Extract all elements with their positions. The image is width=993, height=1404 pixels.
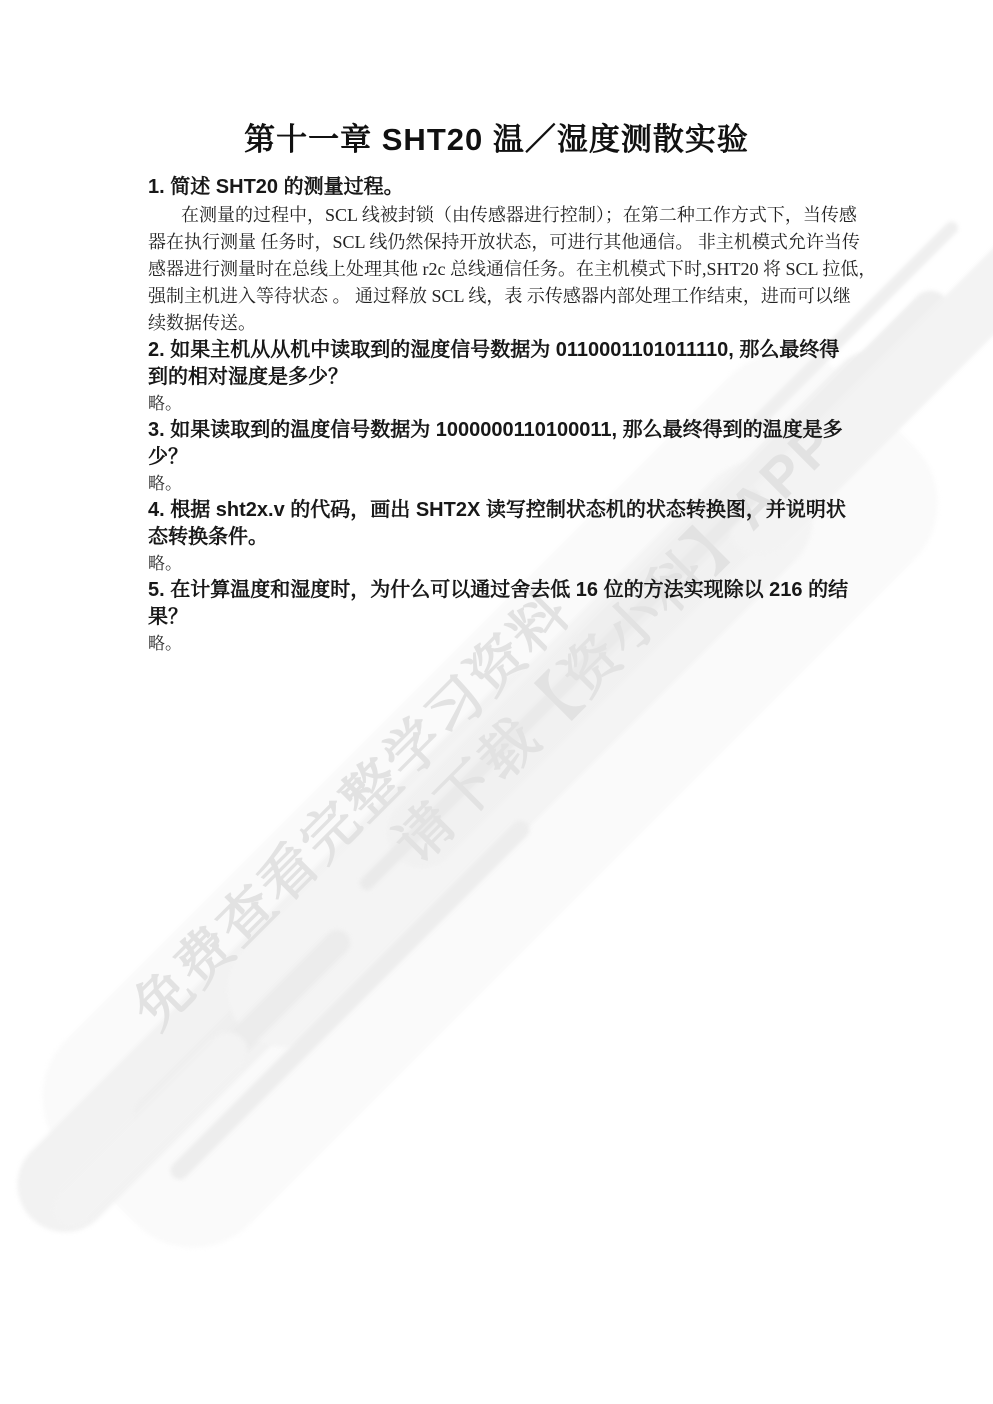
question-3-line: 少？ [148, 444, 845, 471]
question-2-line: 到的相对湿度是多少？ [148, 364, 845, 391]
document-content: 第十一章 SHT20 温／湿度测散实验 1. 简述 SHT20 的测量过程。 在… [148, 120, 845, 657]
question-5: 5. 在计算温度和湿度时，为什么可以通过舍去低 16 位的方法实现除以 216 … [148, 577, 845, 631]
question-2-answer: 略。 [148, 391, 845, 417]
document-page: 免费查看完整学习资料 请下载【资小科】APP 第十一章 SHT20 温／湿度测散… [0, 0, 993, 1404]
question-3-line: 3. 如果读取到的温度信号数据为 1000000110100011, 那么最终得… [148, 417, 845, 444]
question-5-line: 5. 在计算温度和湿度时，为什么可以通过舍去低 16 位的方法实现除以 216 … [148, 577, 845, 604]
paragraph-line: 续数据传送。 [148, 310, 845, 337]
paragraph-line: 在测量的过程中，SCL 线被封锁（由传感器进行控制）；在第二种工作方式下，当传感 [148, 202, 845, 229]
question-5-answer: 略。 [148, 631, 845, 657]
paragraph-line: 感器进行测量时在总线上处理其他 r2c 总线通信任务。在主机模式下时,SHT20… [148, 256, 845, 283]
question-5-line: 果？ [148, 604, 845, 631]
question-4-line: 4. 根据 sht2x.v 的代码，画出 SHT2X 读写控制状态机的状态转换图… [148, 497, 845, 524]
question-4-answer: 略。 [148, 551, 845, 577]
question-4: 4. 根据 sht2x.v 的代码，画出 SHT2X 读写控制状态机的状态转换图… [148, 497, 845, 551]
question-2: 2. 如果主机从从机中读取到的湿度信号数据为 0110001101011110,… [148, 337, 845, 391]
page-title: 第十一章 SHT20 温／湿度测散实验 [148, 120, 845, 160]
question-2-line: 2. 如果主机从从机中读取到的湿度信号数据为 0110001101011110,… [148, 337, 845, 364]
paragraph-line: 强制主机进入等待状态 。 通过释放 SCL 线，表 示传感器内部处理工作结束，进… [148, 283, 845, 310]
question-3-answer: 略。 [148, 471, 845, 497]
question-1-answer-paragraph: 在测量的过程中，SCL 线被封锁（由传感器进行控制）；在第二种工作方式下，当传感… [148, 202, 845, 337]
paragraph-line: 器在执行测量 任务时，SCL 线仍然保持开放状态，可进行其他通信。 非主机模式允… [148, 229, 845, 256]
question-3: 3. 如果读取到的温度信号数据为 1000000110100011, 那么最终得… [148, 417, 845, 471]
question-4-line: 态转换条件。 [148, 524, 845, 551]
question-1-heading: 1. 简述 SHT20 的测量过程。 [148, 173, 845, 202]
